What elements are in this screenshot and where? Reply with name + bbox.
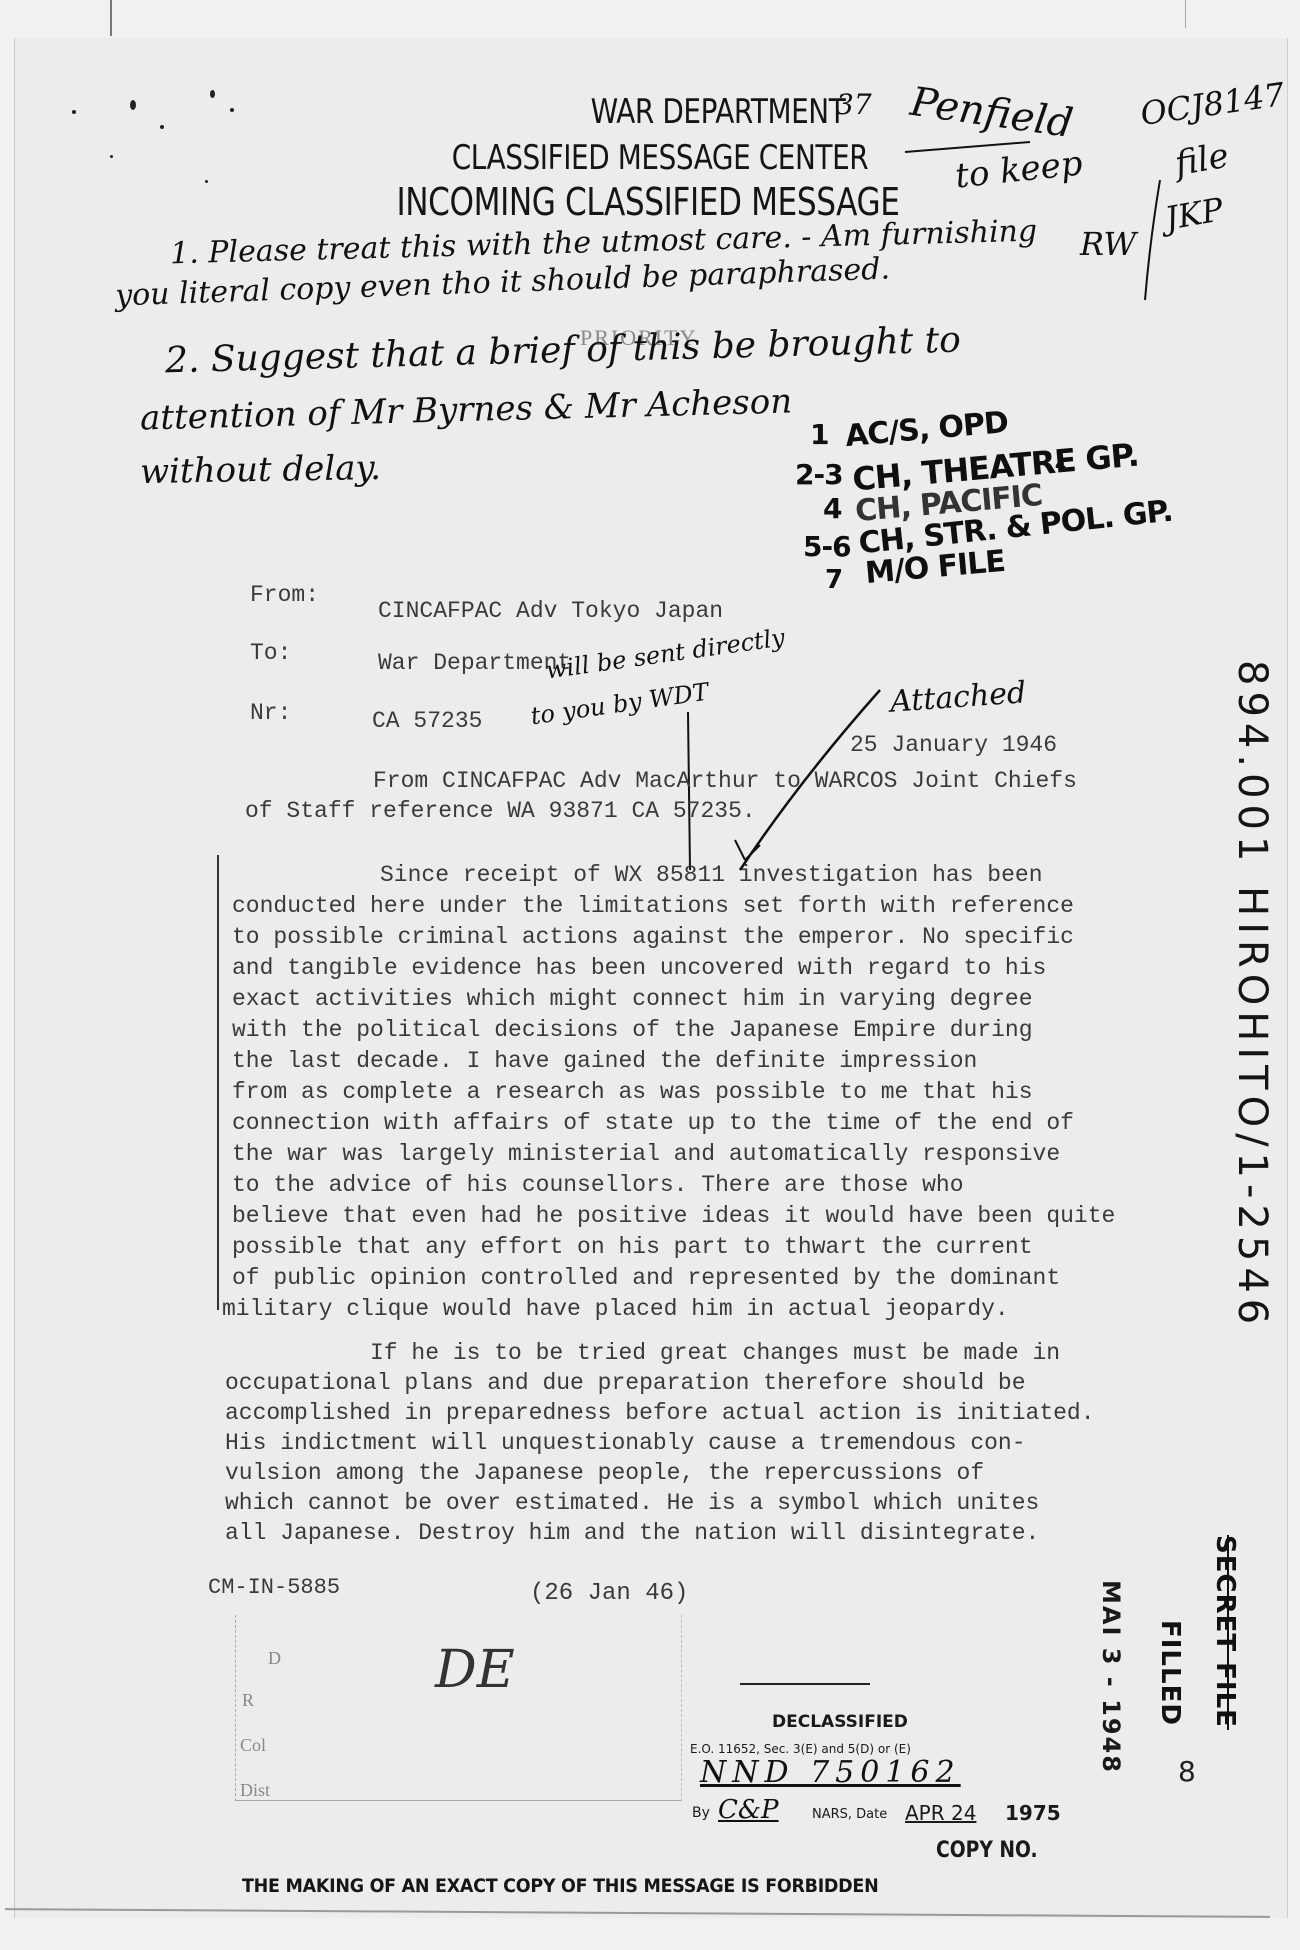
nars-date-label: NARS, Date <box>812 1807 887 1822</box>
body-line: and tangible evidence has been uncovered… <box>232 955 1046 981</box>
body-line: possible that any effort on his part to … <box>232 1234 1033 1260</box>
body-line: His indictment will unquestionably cause… <box>225 1430 1026 1456</box>
routing-label-r: R <box>242 1690 254 1711</box>
intro-line-2: of Staff reference WA 93871 CA 57235. <box>245 798 756 824</box>
file-reference-stamp: 894.001 HIROHITO/1-2546 <box>1229 660 1275 1330</box>
secret-file-stamp: SECRET FILE <box>1210 1535 1240 1728</box>
received-date: (26 Jan 46) <box>530 1580 688 1607</box>
margin-bar <box>217 855 219 1310</box>
body-line: conducted here under the limitations set… <box>232 893 1074 919</box>
by-label: By <box>692 1805 710 1821</box>
received-date-stamp: MAI 3 - 1948 <box>1097 1580 1125 1774</box>
body-line: accomplished in preparedness before actu… <box>225 1400 1095 1426</box>
body-line: from as complete a research as was possi… <box>232 1079 1033 1105</box>
declassified-label: DECLASSIFIED <box>772 1712 908 1732</box>
declassified-authority: E.O. 11652, Sec. 3(E) and 5(D) or (E) <box>690 1742 911 1756</box>
body-line: with the political decisions of the Japa… <box>232 1017 1033 1043</box>
body-line: exact activities which might connect him… <box>232 986 1033 1012</box>
body-line: all Japanese. Destroy him and the nation… <box>225 1520 1039 1546</box>
body-line: connection with affairs of state up to t… <box>232 1110 1074 1136</box>
body-line: which cannot be over estimated. He is a … <box>225 1490 1039 1516</box>
body-line: the war was largely ministerial and auto… <box>232 1141 1060 1167</box>
page-mark: 8 <box>1178 1755 1196 1788</box>
body-line: Since receipt of WX 85811 investigation … <box>380 862 1043 888</box>
body-line: to possible criminal actions against the… <box>232 924 1074 950</box>
pen-stroke <box>0 0 1300 900</box>
body-line: vulsion among the Japanese people, the r… <box>225 1460 984 1486</box>
body-line: military clique would have placed him in… <box>222 1296 1009 1322</box>
declass-year: 1975 <box>1005 1801 1061 1825</box>
intro-line-1: From CINCAFPAC Adv MacArthur to WARCOS J… <box>373 768 1077 794</box>
routing-label-col: Col <box>240 1735 266 1756</box>
strike-line <box>1227 1535 1229 1730</box>
nnd-number: NND 750162 <box>700 1755 961 1790</box>
routing-label-d: D <box>268 1648 281 1669</box>
strike-line <box>740 1683 870 1685</box>
body-line: of public opinion controlled and represe… <box>232 1265 1060 1291</box>
cm-number: CM-IN-5885 <box>208 1575 340 1600</box>
footer-notice: THE MAKING OF AN EXACT COPY OF THIS MESS… <box>242 1875 878 1897</box>
copy-number-label: COPY NO. <box>936 1838 1038 1863</box>
body-line: the last decade. I have gained the defin… <box>232 1048 977 1074</box>
by-value: C&P <box>718 1795 779 1825</box>
body-line: occupational plans and due preparation t… <box>225 1370 1026 1396</box>
filled-stamp: FILLED <box>1155 1620 1185 1726</box>
declass-date: APR 24 <box>905 1801 976 1825</box>
handwritten-initials: DE <box>435 1640 515 1700</box>
body-line: If he is to be tried great changes must … <box>370 1340 1060 1366</box>
body-line: believe that even had he positive ideas … <box>232 1203 1115 1229</box>
routing-label-dist: Dist <box>240 1780 270 1801</box>
body-line: to the advice of his counsellors. There … <box>232 1172 964 1198</box>
